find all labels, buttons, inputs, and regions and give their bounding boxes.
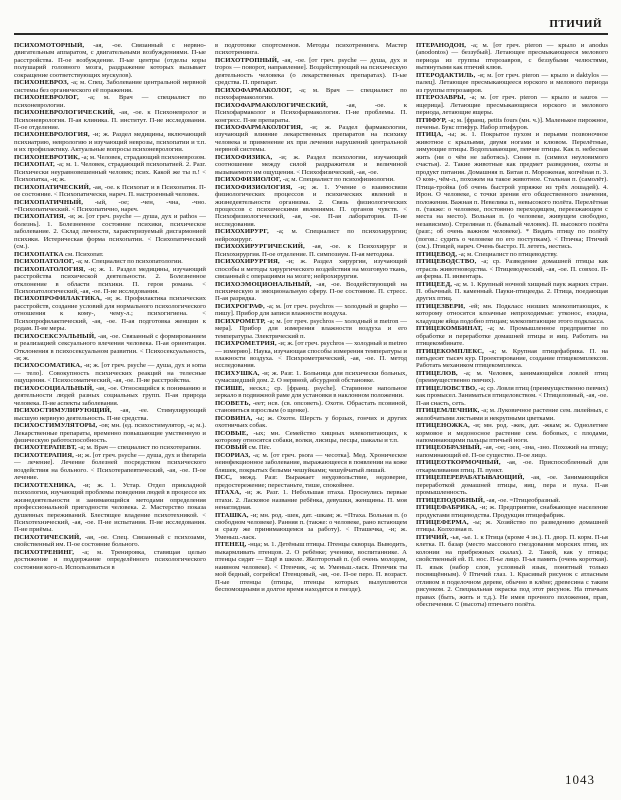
page-number: 1043 [565, 772, 595, 788]
entry-headword: ПСОВЕТЬ, [215, 400, 251, 407]
entry-headword: ПСОВЫЕ, [215, 430, 248, 437]
entry-headword: ПТИЦЕКОМБИНАТ, [416, 325, 483, 332]
entry-headword: ПСИХОФИЗИОЛОГ, [215, 176, 281, 183]
dictionary-entry: ПТИЦЕЛОВ, -а; м. Человек, занимающийся л… [416, 370, 608, 385]
dictionary-entry: ПСИХОНЕВРОЛОГ, -а; м. Врач — специалист … [14, 94, 206, 109]
entry-headword: ПТИЦЕКОМПЛЕКС, [416, 348, 484, 355]
dictionary-entry: ПСИХУШКА, -и; ж. Разг. 1. Больница для п… [215, 370, 407, 385]
entry-body: -и; ж. 1. Устар. Отдел прикладной психол… [14, 482, 206, 534]
entry-headword: ПСОВИНА, [215, 415, 252, 422]
entry-headword: ПТЕРАНОДОН, [416, 42, 466, 49]
entry-headword: ПТИЦЕПЕРЕРАБАТЫВАЮЩИЙ, [416, 474, 524, 481]
entry-headword: ПТИЧИЙ, [416, 534, 449, 541]
entry-headword: ПСИХОПАТОЛОГ, [14, 258, 74, 265]
entry-headword: ПСИХОТИЧЕСКИЙ, [14, 534, 81, 541]
entry-headword: ПТАШКА, [215, 512, 249, 519]
dictionary-entry: ПСИХОМОТОРНЫЙ, -ая, -ое. Связанный с нер… [14, 42, 206, 79]
dictionary-entry: ПСИХОСТИМУЛИРУЮЩИЙ, -ая, -ее. Стимулирую… [14, 407, 206, 422]
entry-headword: ПСИХОПАТИЯ, [14, 213, 66, 220]
entry-headword: ПСИХОХИРУРГ, [215, 228, 269, 235]
entry-headword: ПСИХОТЕХНИКА, [14, 482, 76, 489]
dictionary-entry: ПСИХРОМЕТРИЯ, -и; ж. [от греч. psychros … [215, 340, 407, 370]
dictionary-entry: ПТАХА, -и; ж. Разг. 1. Небольшая птаха. … [215, 489, 407, 511]
entry-headword: ПСИХРОМЕТРИЯ, [215, 340, 277, 347]
dictionary-entry: ПТИЦЕВОДСТВО, -а; ср. Разведение домашне… [416, 258, 608, 280]
running-head: ПТИЧИЙ [14, 10, 608, 33]
entry-headword: ПСИХОСТИМУЛЯТОРЫ, [14, 422, 97, 429]
entry-headword: ПТИЦА, [416, 131, 443, 138]
entry-headword: ПСИХОФАРМАКОЛОГИЯ, [215, 124, 303, 131]
entry-headword: ПТИЦЕФАБРИКА, [416, 504, 477, 511]
entry-body: -а; м. Специалист по психофизиологии. [281, 176, 394, 183]
entry-headword: ПСОВЫЙ [215, 444, 247, 451]
dictionary-entry: в подготовке спортсменов. Методы психотр… [215, 42, 407, 57]
dictionary-entry: ПТИЦЕПОДОБНЫЙ, -ая, -ое. =Птицеобразный. [416, 497, 608, 504]
entry-headword: ПСИХОФАРМАКОЛОГ, [215, 87, 292, 94]
text-columns: ПСИХОМОТОРНЫЙ, -ая, -ое. Связанный с нер… [14, 42, 608, 754]
entry-body: -ы; ж. 1. Покрытое пухом и перьями позво… [416, 131, 608, 250]
entry-headword: ПСИХРОМЕТР, [215, 318, 266, 325]
dictionary-entry: ПСИХОТЕХНИКА, -и; ж. 1. Устар. Отдел при… [14, 482, 206, 534]
dictionary-entry: ПТИЦЕОБРАЗНЫЙ, -ая, -ое; -зен, -зна, -зн… [416, 444, 608, 459]
dictionary-entry: ПСИХОФАРМАКОЛОГИЧЕСКИЙ, -ая, -ое. к Псих… [215, 102, 407, 124]
dictionary-entry: ПСОВИНА, -ы; ж. Охотн. Шерсть у борзых, … [215, 415, 407, 430]
column-2: в подготовке спортсменов. Методы психотр… [215, 42, 407, 754]
entry-headword: ПСИХОСОМАТИКА, [14, 362, 82, 369]
dictionary-entry: ПСИХОСТИМУЛЯТОРЫ, -ов; мн. (ед. психости… [14, 422, 206, 444]
entry-headword: ПТИЦЕОБРАЗНЫЙ, [416, 444, 482, 451]
entry-headword: ПСИХОНЕВРОТИК, [14, 154, 80, 161]
header-rule [14, 33, 608, 35]
dictionary-entry: ПСИХОЭМОЦИОНАЛЬНЫЙ, -ая, -ое. Воздейству… [215, 281, 407, 303]
entry-headword: ПСИХОПАТОЛОГИЯ, [14, 266, 85, 273]
column-1: ПСИХОМОТОРНЫЙ, -ая, -ое. Связанный с нер… [14, 42, 206, 754]
entry-body: -нца; м. 1. Детёныш птицы. Птенцы скворц… [215, 541, 407, 593]
dictionary-entry: ПТИЦЕПЕРЕРАБАТЫВАЮЩИЙ, -ая, -ое. Занимаю… [416, 474, 608, 496]
entry-headword: ПТИЦЕЗВЕРИ, [416, 303, 465, 310]
dictionary-entry: ПТИЦЕНОЖКА, -и; мн. род. -жек, дат. -жка… [416, 422, 608, 444]
dictionary-page: ПТИЧИЙ ПСИХОМОТОРНЫЙ, -ая, -ое. Связанны… [0, 0, 621, 754]
dictionary-entry: ПСИХОХИРУРГИЧЕСКИЙ, -ая, -ое. к Психохир… [215, 243, 407, 258]
dictionary-entry: ПСИХОНЕВРОТИК, -а; м. Человек, страдающи… [14, 154, 206, 161]
entry-headword: ПТИЦЕЛОВСТВО, [416, 385, 477, 392]
dictionary-entry: ПСИХОТРЕНИНГ, -а; м. Тренировка, ставяща… [14, 549, 206, 571]
entry-headword: ПТИЦЕФЕРМА, [416, 519, 469, 526]
dictionary-entry: ПСИХОФИЗИКА, -и; ж. Раздел психологии, и… [215, 154, 407, 176]
entry-body: см. Пёс. [247, 444, 271, 451]
entry-body: -а; м. Врач — специалист по психотерапии… [77, 444, 201, 451]
dictionary-entry: ПТИЦЕЗВЕРИ, -ей; мн. Подкласс низших мле… [416, 303, 608, 325]
dictionary-entry: ПСИХОНЕВРОЛОГИЧЕСКИЙ, -ая, -ое. к Психон… [14, 109, 206, 131]
dictionary-entry: ПТЕРАНОДОН, -а; м. [от греч. pteron — кр… [416, 42, 608, 72]
entry-headword: ПСИХОНЕВРОЛОГ, [14, 94, 79, 101]
entry-headword: ПТИЦЕПОДОБНЫЙ, [416, 497, 485, 504]
entry-headword: ПСС, [215, 474, 232, 481]
dictionary-entry: ПСС, межд. Разг. Выражает неудовольствие… [215, 474, 407, 489]
entry-headword: ПТАХА, [215, 489, 241, 496]
entry-headword: ПСИХОФИЗИКА, [215, 154, 272, 161]
entry-headword: ПТИЦЕЛОВ, [416, 370, 458, 377]
entry-body: -а; м. Специалист по психопатологии. [74, 258, 183, 265]
entry-headword: ПСИХОПАТИЧЕСКИЙ, [14, 184, 91, 191]
dictionary-entry: ПТИФУР, -а; м. [франц. petits fours (мн.… [416, 117, 608, 132]
dictionary-entry: ПСИХОСЕКСУАЛЬНЫЙ, -ая, -ое. Связанный с … [14, 333, 206, 363]
dictionary-entry: ПТИЦЕВОД, -а; м. Специалист по птицеводс… [416, 251, 608, 258]
dictionary-entry: ПСИХОСОЦИАЛЬНЫЙ, -ая, -ое. Относящийся к… [14, 385, 206, 407]
entry-headword: ПСИХОХИРУРГИЧЕСКИЙ, [215, 243, 305, 250]
dictionary-entry: ПСИХОТЕРАПИЯ, -и; ж. [от греч. psyche — … [14, 452, 206, 482]
entry-body: -ья, -ье. 1. к Птица (кроме 4 зн.). П. д… [416, 534, 608, 608]
entry-body: -а; м. Человек, страдающий психоневрозом… [80, 154, 206, 161]
dictionary-entry: ПСИХОФИЗИОЛОГ, -а; м. Специалист по псих… [215, 176, 407, 183]
entry-headword: ПСИХОТЕРАПЕВТ, [14, 444, 77, 451]
dictionary-entry: ПСИХОПАТИЯ, -и; ж. [от греч. psyche — ду… [14, 213, 206, 250]
dictionary-entry: ПСИХОПАТОЛОГ, -а; м. Специалист по психо… [14, 258, 206, 265]
entry-headword: ПСИХРОГРАФ, [215, 303, 265, 310]
dictionary-entry: ПСОРИАЗ, -а; м. [от греч. psora — чесотк… [215, 452, 407, 474]
entry-headword: ПСИШЕ, [215, 385, 244, 392]
dictionary-entry: ПСИШЕ, нескл.; ср. [франц. psyche]. Стар… [215, 385, 407, 400]
dictionary-entry: ПСИХОПАТИЧЕСКИЙ, -ая, -ое. к Психопат и … [14, 184, 206, 199]
dictionary-entry: ПСОВЫЙ см. Пёс. [215, 444, 407, 451]
dictionary-entry: ПТЕРОДАКТИЛЬ, -я; м. [от греч. pteron — … [416, 72, 608, 94]
dictionary-entry: ПСИХОПАТКА см. Психопат. [14, 251, 206, 258]
dictionary-entry: ПТИЦЕЕД, -а; м. 1. Крупный ночной хищный… [416, 281, 608, 303]
entry-headword: ПСИХОМОТОРНЫЙ, [14, 42, 84, 49]
entry-headword: ПТЕНЕЦ, [215, 541, 246, 548]
dictionary-entry: ПТИЦЕКОМПЛЕКС, -а; м. Крупная птицефабри… [416, 348, 608, 370]
entry-body: в подготовке спортсменов. Методы психотр… [215, 42, 407, 56]
entry-headword: ПСИХОСОЦИАЛЬНЫЙ, [14, 385, 94, 392]
entry-body: межд. Разг. Выражает неудовольствие, нед… [215, 474, 407, 488]
dictionary-entry: ПТИЦЕМЛЕЧНИК, -а; м. Луковичное растение… [416, 407, 608, 422]
dictionary-entry: ПСИХОПАТОЛОГИЯ, -и; ж. 1. Раздел медицин… [14, 266, 206, 296]
entry-body: -а; м. Специалист по птицеводству. [457, 251, 558, 258]
dictionary-entry: ПСИХОФАРМАКОЛОГИЯ, -и; ж. Раздел фармако… [215, 124, 407, 154]
entry-headword: ПСИХОПАТ, [14, 161, 55, 168]
dictionary-entry: ПСИХРОМЕТР, -а; м. [от греч. psychros — … [215, 318, 407, 340]
dictionary-entry: ПТЕРОЗАВРЫ, -а; м. [от греч. pteron — кр… [416, 94, 608, 116]
entry-headword: ПСИХОТРЕНИНГ, [14, 549, 74, 556]
entry-body: -и; ж. 1. Учение о взаимосвязи физиологи… [215, 184, 407, 228]
entry-headword: ПТИЦЕНОЖКА, [416, 422, 470, 429]
dictionary-entry: ПСИХОСОМАТИКА, -и; ж. [от греч. psyche —… [14, 362, 206, 384]
dictionary-entry: ПСОВЫЕ, -ых; мн. Семейство хищных млекоп… [215, 430, 407, 445]
entry-headword: ПТИЦЕВОД, [416, 251, 457, 258]
dictionary-entry: ПСИХОПРОФИЛАКТИКА, -и; ж. Профилактика п… [14, 295, 206, 332]
entry-headword: ПСИХОНЕВРОЛОГИЯ, [14, 131, 90, 138]
dictionary-entry: ПТАШКА, -и; мн. род. -шек, дат. -шкам; ж… [215, 512, 407, 542]
dictionary-entry: ПТИЦЕФЕРМА, -ы; ж. Хозяйство по разведен… [416, 519, 608, 534]
entry-headword: ПСИХОСТИМУЛИРУЮЩИЙ, [14, 407, 112, 414]
dictionary-entry: ПСИХОПАТИЧНЫЙ, -ый, -ое; -чен, -чна, -чн… [14, 199, 206, 214]
dictionary-entry: ПСОВЕТЬ, -еет; нсв. (св. опсоветь). Охот… [215, 400, 407, 415]
dictionary-entry: ПСИХОФИЗИОЛОГИЯ, -и; ж. 1. Учение о взаи… [215, 184, 407, 229]
entry-headword: ПСИХОХИРУРГИЯ, [215, 258, 280, 265]
dictionary-entry: ПСИХОПАТ, -а; м. 1. Человек, страдающий … [14, 161, 206, 183]
dictionary-entry: ПТЕНЕЦ, -нца; м. 1. Детёныш птицы. Птенц… [215, 541, 407, 593]
entry-headword: ПСИХОНЕВРОЛОГИЧЕСКИЙ, [14, 109, 115, 116]
column-3: ПТЕРАНОДОН, -а; м. [от греч. pteron — кр… [416, 42, 608, 754]
dictionary-entry: ПТИЦЕФАБРИКА, -и; ж. Предприятие, снабжа… [416, 504, 608, 519]
dictionary-entry: ПТИЦЕОТКОРМОЧНЫЙ, -ая, -ое. Приспособлен… [416, 459, 608, 474]
dictionary-entry: ПСИХОХИРУРГ, -а; м. Специалист по психох… [215, 228, 407, 243]
entry-headword: ПТИЦЕВОДСТВО, [416, 258, 476, 265]
dictionary-entry: ПСИХОТИЧЕСКИЙ, -ая, -ое. Спец. Связанный… [14, 534, 206, 549]
dictionary-entry: ПТИЧИЙ, -ья, -ье. 1. к Птица (кроме 4 зн… [416, 534, 608, 609]
entry-body: нескл.; ср. [франц. psyche]. Старинное н… [215, 385, 407, 399]
entry-body: см. Психопат. [64, 251, 104, 258]
dictionary-entry: ПСИХОНЕВРОЗ, -а; м. Спец. Заболевание це… [14, 79, 206, 94]
dictionary-entry: ПСИХРОГРАФ, -а; м. [от греч. psychros — … [215, 303, 407, 318]
entry-headword: ПСИХОТРОПНЫЙ, [215, 57, 279, 64]
entry-headword: ПСИХОФИЗИОЛОГИЯ, [215, 184, 292, 191]
dictionary-entry: ПСИХОТРОПНЫЙ, -ая, -ое. [от греч. psyche… [215, 57, 407, 87]
dictionary-entry: ПСИХОФАРМАКОЛОГ, -а; м. Врач — специалис… [215, 87, 407, 102]
dictionary-entry: ПСИХОНЕВРОЛОГИЯ, -и; ж. Раздел медицины,… [14, 131, 206, 153]
dictionary-entry: ПСИХОХИРУРГИЯ, -и; ж. Раздел хирургии, и… [215, 258, 407, 280]
entry-headword: ПСИХОСЕКСУАЛЬНЫЙ, [14, 333, 96, 340]
entry-headword: ПТИЦЕМЛЕЧНИК, [416, 407, 479, 414]
entry-headword: ПСИХУШКА, [215, 370, 260, 377]
entry-headword: ПСОРИАЗ, [215, 452, 250, 459]
dictionary-entry: ПТИЦЕКОМБИНАТ, -а; м. Промышленное предп… [416, 325, 608, 347]
entry-headword: ПТИЦЕОТКОРМОЧНЫЙ, [416, 459, 501, 466]
entry-headword: ПСИХОЭМОЦИОНАЛЬНЫЙ, [215, 281, 312, 288]
dictionary-entry: ПТИЦЕЛОВСТВО, -а; ср. Ловля птиц (преиму… [416, 385, 608, 407]
entry-headword: ПСИХОТЕРАПИЯ, [14, 452, 74, 459]
entry-body: -ая, -ое. =Птицеобразный. [485, 497, 560, 504]
entry-headword: ПСИХОПРОФИЛАКТИКА, [14, 295, 102, 302]
entry-headword: ПСИХОПАТКА [14, 251, 64, 258]
entry-headword: ПСИХОНЕВРОЗ, [14, 79, 69, 86]
entry-headword: ПТИФУР, [416, 117, 447, 124]
entry-body: -и; ж. Разг. 1. Небольшая птаха. Проснул… [215, 489, 407, 511]
entry-headword: ПСИХОПАТИЧНЫЙ, [14, 199, 83, 206]
entry-headword: ПТИЦЕЕД, [416, 281, 452, 288]
entry-headword: ПСИХОФАРМАКОЛОГИЧЕСКИЙ, [215, 102, 328, 109]
dictionary-entry: ПТИЦА, -ы; ж. 1. Покрытое пухом и перьям… [416, 131, 608, 250]
dictionary-entry: ПСИХОТЕРАПЕВТ, -а; м. Врач — специалист … [14, 444, 206, 451]
entry-headword: ПТЕРОЗАВРЫ, [416, 94, 466, 101]
entry-headword: ПТЕРОДАКТИЛЬ, [416, 72, 475, 79]
